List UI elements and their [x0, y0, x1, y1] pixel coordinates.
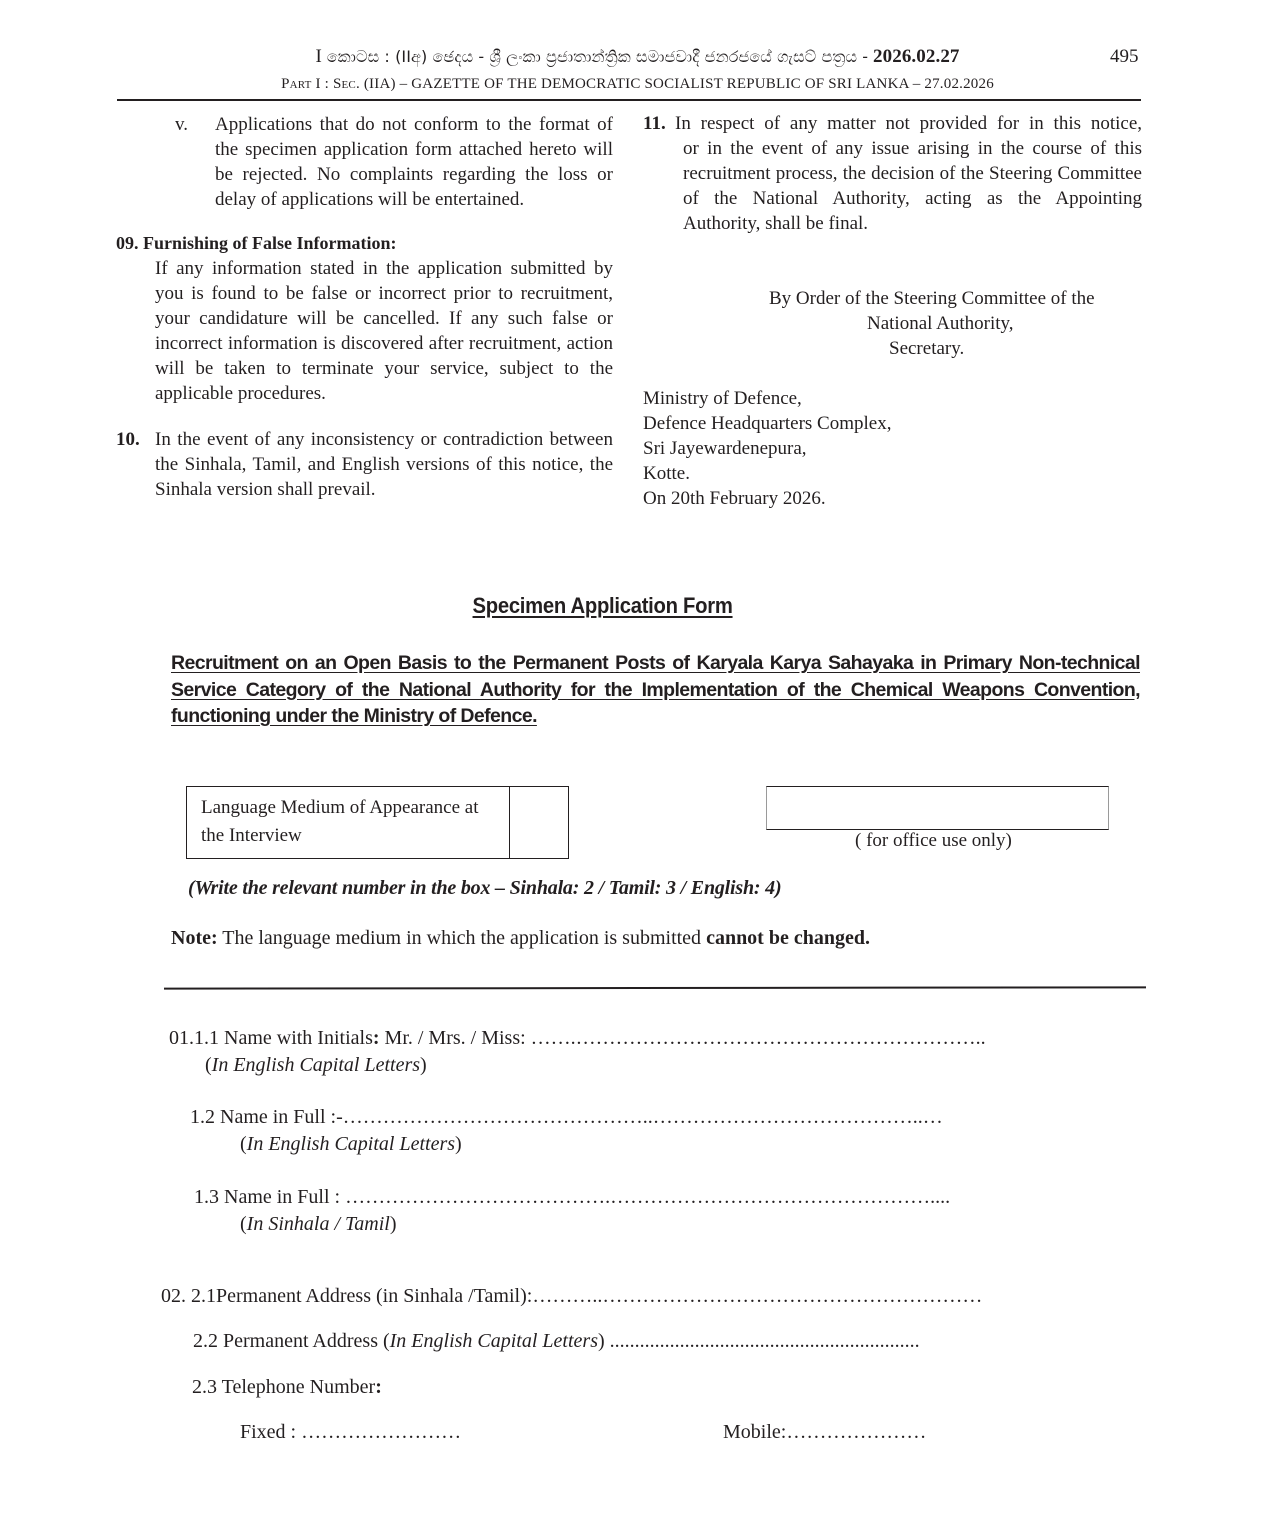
- field-telephone-number-label: 2.3 Telephone Number:: [192, 1376, 382, 1399]
- field-telephone-mobile[interactable]: Mobile:…………………: [723, 1421, 926, 1444]
- address-block: Ministry of Defence, Defence Headquarter…: [643, 386, 891, 511]
- gazette-header-sinhala: I කොටස : (IIඅ) ඡෙදය - ශ්‍රී ලංකා ප්‍රජාත…: [0, 46, 1275, 68]
- field-permanent-address-sinhala-tamil[interactable]: 02. 2.1Permanent Address (in Sinhala /Ta…: [161, 1285, 982, 1308]
- field-name-in-full-english[interactable]: 1.2 Name in Full :-………………………………………..……………: [190, 1106, 943, 1129]
- field-permanent-address-english[interactable]: 2.2 Permanent Address (In English Capita…: [193, 1330, 920, 1353]
- field-name-with-initials[interactable]: 01.1.1 Name with Initials: Mr. / Mrs. / …: [169, 1027, 986, 1050]
- field-name-in-full-sinhala-tamil[interactable]: 1.3 Name in Full : ………………………………….……………………: [194, 1186, 950, 1209]
- address-line: Defence Headquarters Complex,: [643, 411, 891, 436]
- gazette-header-english: Part I : Sec. (IIA) – GAZETTE OF THE DEM…: [0, 76, 1275, 93]
- address-line: Sri Jayewardenepura,: [643, 436, 891, 461]
- header-rule: [117, 99, 1141, 101]
- field-colon: :: [375, 1376, 382, 1398]
- form-title: Specimen Application Form: [48, 593, 1157, 619]
- sinhala-title: කොටස : (IIඅ) ඡෙදය - ශ්‍රී ලංකා ප්‍රජාතාන…: [327, 47, 868, 66]
- hint-text: In Sinhala / Tamil: [247, 1213, 390, 1235]
- section-10-number: 10.: [116, 427, 140, 452]
- office-use-label: ( for office use only): [855, 830, 1012, 852]
- hint-text: In English Capital Letters: [390, 1330, 598, 1352]
- field-fill-line: Mr. / Mrs. / Miss: …….…………………………………………………: [380, 1027, 986, 1049]
- note-text: The language medium in which the applica…: [218, 927, 706, 949]
- part-section: Part I : Sec.: [281, 76, 360, 92]
- english-title: (IIA) – GAZETTE OF THE DEMOCRATIC SOCIAL…: [364, 76, 994, 92]
- field-hint: (In English Capital Letters): [205, 1054, 427, 1077]
- language-medium-box: Language Medium of Appearance at the Int…: [186, 786, 569, 859]
- gazette-date: 2026.02.27: [873, 46, 960, 67]
- section-09-heading: 09. Furnishing of False Information:: [116, 231, 397, 256]
- address-line: Ministry of Defence,: [643, 386, 891, 411]
- field-label: 2.3 Telephone Number: [192, 1376, 375, 1398]
- note-label: Note:: [171, 927, 218, 949]
- language-instruction: (Write the relevant number in the box – …: [188, 877, 781, 900]
- field-hint: (In English Capital Letters): [240, 1133, 462, 1156]
- page-number: 495: [1110, 46, 1139, 68]
- item-v-marker: v.: [175, 112, 188, 137]
- field-hint: (In Sinhala / Tamil): [240, 1213, 397, 1236]
- language-note: Note: The language medium in which the a…: [171, 927, 870, 950]
- language-medium-input-cell[interactable]: [510, 787, 568, 858]
- office-use-box[interactable]: [766, 786, 1109, 830]
- section-11-number: 11.: [643, 111, 666, 136]
- item-v-text: Applications that do not conform to the …: [215, 112, 613, 212]
- form-divider: [164, 986, 1146, 989]
- section-10-text: In the event of any inconsistency or con…: [155, 427, 613, 502]
- signature-line-3: Secretary.: [889, 336, 964, 361]
- field-colon: :: [373, 1027, 380, 1049]
- section-09-text: If any information stated in the applica…: [155, 256, 613, 406]
- section-11-text: or in the event of any issue arising in …: [683, 136, 1142, 236]
- field-label: 01.1.1 Name with Initials: [169, 1027, 373, 1049]
- hint-text: In English Capital Letters: [247, 1133, 455, 1155]
- recruitment-title: Recruitment on an Open Basis to the Perm…: [171, 650, 1140, 730]
- field-fill-line: ) ......................................…: [598, 1330, 920, 1352]
- field-telephone-fixed[interactable]: Fixed : ……………………: [240, 1421, 461, 1444]
- part-number: I: [315, 46, 321, 67]
- hint-text: In English Capital Letters: [212, 1054, 420, 1076]
- address-line: On 20th February 2026.: [643, 486, 891, 511]
- address-line: Kotte.: [643, 461, 891, 486]
- language-medium-label: Language Medium of Appearance at the Int…: [187, 787, 510, 858]
- section-11-first-line: In respect of any matter not provided fo…: [675, 111, 1142, 136]
- signature-line-1: By Order of the Steering Committee of th…: [769, 286, 1095, 311]
- note-emphasis: cannot be changed.: [706, 927, 870, 949]
- field-label: 2.2 Permanent Address (: [193, 1330, 390, 1352]
- signature-line-2: National Authority,: [867, 311, 1014, 336]
